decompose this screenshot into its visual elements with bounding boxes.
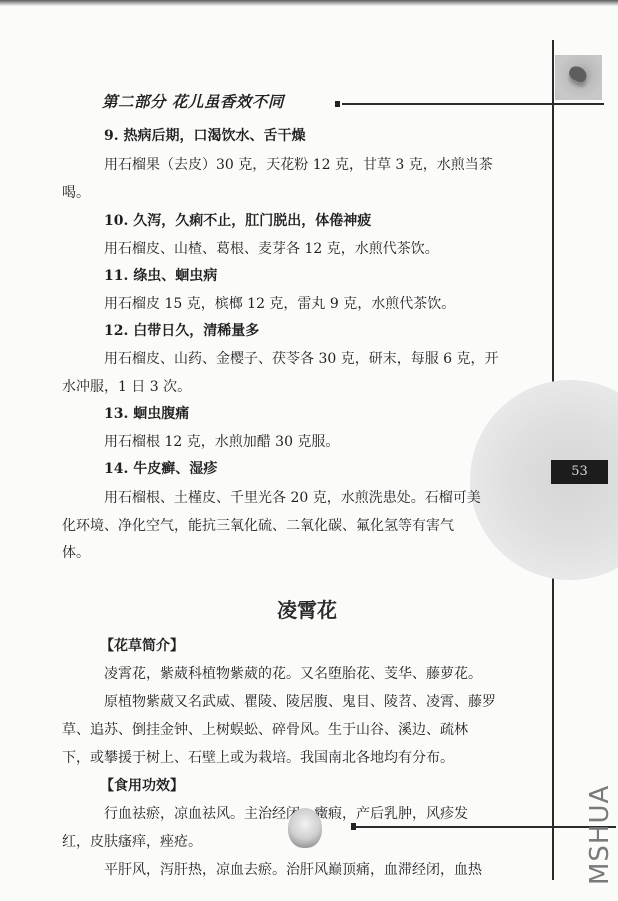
remedy-text: 用石榴皮、山药、金樱子、茯苓各 30 克，研末，每服 6 克，开 (104, 349, 499, 369)
intro-heading: 【花草简介】 (100, 636, 184, 656)
intro-text: 草、追苏、倒挂金钟、上树蜈蚣、碎骨风。生于山谷、溪边、疏林 (62, 720, 468, 740)
remedy-title: 13. 蛔虫腹痛 (104, 404, 189, 424)
remedy-text: 用石榴根 12 克，水煎加醋 30 克服。 (104, 432, 339, 452)
header-rule (342, 103, 604, 105)
remedy-text: 喝。 (62, 183, 90, 203)
remedy-text: 化环境、净化空气，能抗三氧化硫、二氧化碳、氟化氢等有害气 (62, 516, 454, 536)
flower-ornament-icon (567, 64, 589, 84)
watermark: MSHUA (585, 790, 615, 885)
effects-text: 红，皮肤瘙痒，痤疮。 (62, 832, 202, 852)
header-bullet (335, 101, 340, 107)
remedy-title: 11. 绦虫、蛔虫病 (104, 266, 217, 286)
effects-text: 平肝风，泻肝热，凉血去瘀。治肝风巅顶痛，血滞经闭，血热 (104, 860, 482, 880)
footer-ornament-icon (288, 808, 322, 848)
footer-rule (354, 826, 616, 828)
remedy-text: 用石榴根、土槿皮、千里光各 20 克，水煎洗患处。石榴可美 (104, 488, 481, 508)
remedy-title: 12. 白带日久，清稀量多 (104, 321, 259, 341)
scan-top-shadow (0, 0, 618, 6)
intro-text: 凌霄花，紫葳科植物紫葳的花。又名堕胎花、芰华、藤萝花。 (104, 664, 482, 684)
remedy-title: 14. 牛皮癣、湿疹 (104, 459, 217, 479)
effects-text: 行血祛瘀，凉血祛风。主治经闭，癥瘕，产后乳肿，风疹发 (104, 804, 468, 824)
intro-text: 下，或攀援于树上、石壁上或为栽培。我国南北各地均有分布。 (62, 748, 454, 768)
remedy-title: 10. 久泻，久痢不止，肛门脱出，体倦神疲 (104, 211, 371, 231)
remedy-text: 水冲服，1 日 3 次。 (62, 377, 191, 397)
section-title: 凌霄花 (82, 594, 532, 623)
intro-text: 原植物紫葳又名武威、瞿陵、陵居腹、鬼目、陵苕、凌霄、藤罗 (104, 692, 496, 712)
remedy-text: 体。 (62, 543, 90, 563)
remedy-text: 用石榴皮 15 克，槟榔 12 克，雷丸 9 克，水煎代茶饮。 (104, 294, 455, 314)
remedy-text: 用石榴皮、山楂、葛根、麦芽各 12 克，水煎代茶饮。 (104, 239, 439, 259)
effects-heading: 【食用功效】 (100, 776, 184, 796)
remedy-text: 用石榴果（去皮）30 克，天花粉 12 克，甘草 3 克，水煎当茶 (104, 155, 493, 175)
page-number-tab: 53 (551, 460, 608, 484)
running-header-title: 第二部分 花儿虽香效不同 (102, 90, 284, 112)
corner-thumbnail-image (555, 55, 602, 100)
remedy-title: 9. 热病后期，口渴饮水、舌干燥 (104, 126, 306, 146)
